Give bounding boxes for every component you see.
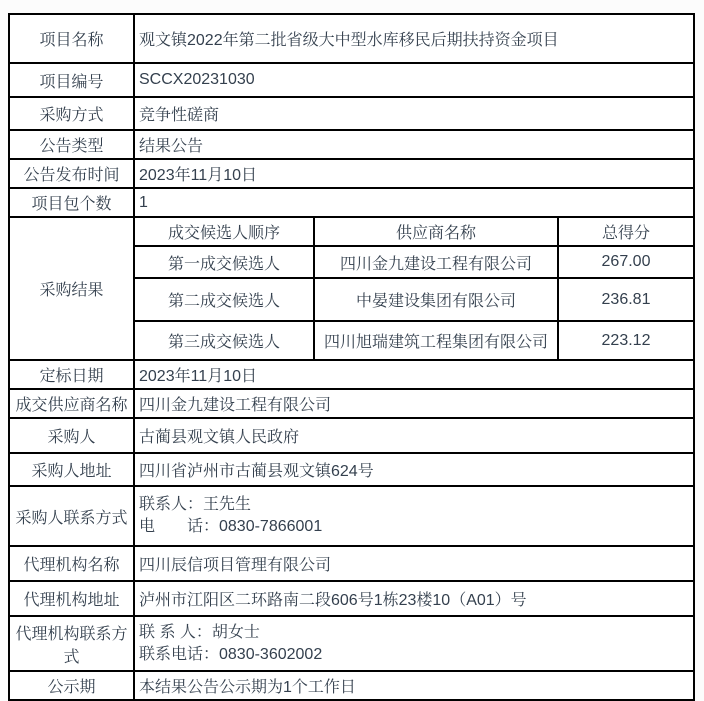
- field-value-agency-name: 四川辰信项目管理有限公司: [134, 546, 694, 581]
- field-value-publicity-period: 本结果公告公示期为1个工作日: [134, 671, 694, 700]
- table-row: 代理机构联系方式 联 系 人：胡女士 联系电话：0830-3602002: [9, 616, 694, 671]
- table-row: 成交供应商名称 四川金九建设工程有限公司: [9, 389, 694, 418]
- field-value-agency-address: 泸州市江阳区二环路南二段606号1栋23楼10（A01）号: [134, 581, 694, 616]
- field-value-package-count: 1: [134, 188, 694, 217]
- field-label-project-number: 项目编号: [9, 63, 134, 97]
- table-row: 采购人 古蔺县观文镇人民政府: [9, 418, 694, 453]
- table-row: 采购人地址 四川省泸州市古蔺县观文镇624号: [9, 453, 694, 486]
- table-row: 定标日期 2023年11月10日: [9, 360, 694, 389]
- field-label-publish-date: 公告发布时间: [9, 159, 134, 188]
- table-row: 项目编号 SCCX20231030: [9, 63, 694, 97]
- table-row: 采购方式 竞争性磋商: [9, 97, 694, 130]
- field-value-winning-supplier: 四川金九建设工程有限公司: [134, 389, 694, 418]
- field-value-purchaser-contact: 联系人：王先生 电 话：0830-7866001: [134, 486, 694, 546]
- field-label-procurement-method: 采购方式: [9, 97, 134, 130]
- field-value-award-date: 2023年11月10日: [134, 360, 694, 389]
- purchaser-contact-person: 联系人：王先生: [139, 494, 689, 516]
- table-row: 代理机构地址 泸州市江阳区二环路南二段606号1栋23楼10（A01）号: [9, 581, 694, 616]
- field-label-winning-supplier: 成交供应商名称: [9, 389, 134, 418]
- table-row: 采购人联系方式 联系人：王先生 电 话：0830-7866001: [9, 486, 694, 546]
- purchaser-contact-phone: 电 话：0830-7866001: [139, 516, 689, 538]
- result-rank-third: 第三成交候选人: [134, 321, 314, 360]
- field-label-agency-contact: 代理机构联系方式: [9, 616, 134, 671]
- table-row: 代理机构名称 四川辰信项目管理有限公司: [9, 546, 694, 581]
- agency-contact-person: 联 系 人：胡女士: [139, 622, 689, 644]
- field-value-purchaser: 古蔺县观文镇人民政府: [134, 418, 694, 453]
- field-label-award-date: 定标日期: [9, 360, 134, 389]
- field-label-agency-address: 代理机构地址: [9, 581, 134, 616]
- field-label-purchaser: 采购人: [9, 418, 134, 453]
- agency-contact-phone: 联系电话：0830-3602002: [139, 644, 689, 666]
- table-row: 公告类型 结果公告: [9, 130, 694, 159]
- table-row: 采购结果 成交候选人顺序 供应商名称 总得分: [9, 217, 694, 246]
- field-value-announcement-type: 结果公告: [134, 130, 694, 159]
- field-label-announcement-type: 公告类型: [9, 130, 134, 159]
- field-value-project-number: SCCX20231030: [134, 63, 694, 97]
- procurement-announcement-table: 项目名称 观文镇2022年第二批省级大中型水库移民后期扶持资金项目 项目编号 S…: [8, 13, 695, 701]
- field-value-agency-contact: 联 系 人：胡女士 联系电话：0830-3602002: [134, 616, 694, 671]
- result-score-first: 267.00: [558, 246, 694, 278]
- field-value-purchaser-address: 四川省泸州市古蔺县观文镇624号: [134, 453, 694, 486]
- field-label-purchaser-contact: 采购人联系方式: [9, 486, 134, 546]
- result-supplier-first: 四川金九建设工程有限公司: [314, 246, 558, 278]
- table-row: 项目名称 观文镇2022年第二批省级大中型水库移民后期扶持资金项目: [9, 14, 694, 63]
- result-supplier-third: 四川旭瑞建筑工程集团有限公司: [314, 321, 558, 360]
- field-label-purchaser-address: 采购人地址: [9, 453, 134, 486]
- field-value-project-name: 观文镇2022年第二批省级大中型水库移民后期扶持资金项目: [134, 14, 694, 63]
- result-rank-second: 第二成交候选人: [134, 278, 314, 321]
- table-row: 公示期 本结果公告公示期为1个工作日: [9, 671, 694, 700]
- result-header-supplier: 供应商名称: [314, 217, 558, 246]
- table-row: 项目包个数 1: [9, 188, 694, 217]
- result-score-second: 236.81: [558, 278, 694, 321]
- field-label-package-count: 项目包个数: [9, 188, 134, 217]
- field-label-publicity-period: 公示期: [9, 671, 134, 700]
- result-rank-first: 第一成交候选人: [134, 246, 314, 278]
- result-score-third: 223.12: [558, 321, 694, 360]
- field-value-procurement-method: 竞争性磋商: [134, 97, 694, 130]
- result-header-score: 总得分: [558, 217, 694, 246]
- result-supplier-second: 中晏建设集团有限公司: [314, 278, 558, 321]
- result-header-rank: 成交候选人顺序: [134, 217, 314, 246]
- field-label-project-name: 项目名称: [9, 14, 134, 63]
- table-row: 公告发布时间 2023年11月10日: [9, 159, 694, 188]
- field-label-agency-name: 代理机构名称: [9, 546, 134, 581]
- field-value-publish-date: 2023年11月10日: [134, 159, 694, 188]
- field-label-procurement-result: 采购结果: [9, 217, 134, 360]
